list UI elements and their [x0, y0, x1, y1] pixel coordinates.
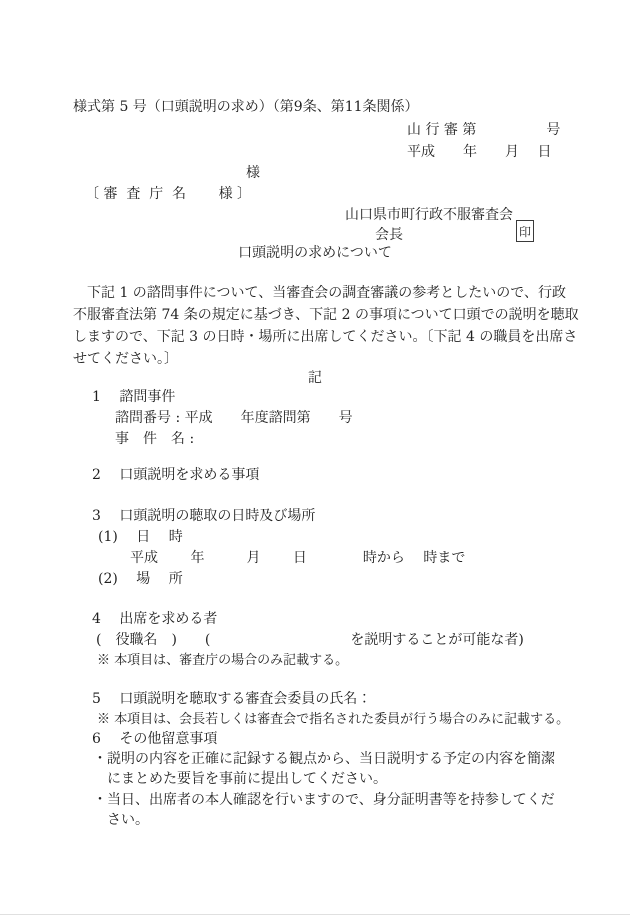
- role-name-line: ( 役職名 ) ( を説明することが可能な者): [96, 631, 524, 649]
- case-name-line: 事 件 名 :: [115, 430, 194, 448]
- council-name: 山口県市町行政不服審査会: [345, 206, 513, 224]
- seal-stamp: 印: [519, 223, 531, 240]
- datetime-blank-line: 平成 年 月 日 時から 時まで: [130, 549, 465, 567]
- body-paragraph-line-1: 下記 1 の諮問事件について、当審査会の調査審議の参考としたいので、行政: [73, 284, 566, 302]
- note-bullet-2-line-2: さい。: [107, 811, 149, 829]
- addressee-suffix: 様: [246, 164, 260, 182]
- body-paragraph-line-4: せてください。〕: [73, 350, 178, 368]
- date-line: 平成 年 月 日: [407, 143, 551, 161]
- section-4-heading: 4 出席を求める者: [92, 610, 217, 628]
- chairman-label: 会長: [375, 226, 403, 244]
- ki-separator: 記: [0, 369, 630, 387]
- section-6-heading: 6 その他留意事項: [92, 730, 217, 748]
- agency-name-placeholder: 〔 審 査 庁 名 様 〕: [85, 185, 251, 203]
- document-title: 口頭説明の求めについて: [0, 244, 630, 262]
- item-3-2-place: (2) 場 所: [98, 570, 183, 588]
- section-4-note: ※ 本項目は、審査庁の場合のみ記載する。: [97, 652, 348, 670]
- section-5-heading: 5 口頭説明を聴取する審査会委員の氏名：: [92, 690, 371, 708]
- inquiry-number-line: 諮問番号 : 平成 年度諮問第 号: [115, 409, 353, 427]
- section-2-heading: 2 口頭説明を求める事項: [92, 466, 259, 484]
- note-bullet-1-line-1: ・説明の内容を正確に記録する観点から、当日説明する予定の内容を簡潔: [93, 750, 555, 768]
- body-paragraph-line-2: 不服審査法第 74 条の規定に基づき、下記 2 の事項について口頭での説明を聴取: [73, 306, 579, 324]
- body-paragraph-line-3: しますので、下記 3 の日時・場所に出席してください。〔下記 4 の職員を出席さ: [73, 328, 577, 346]
- note-bullet-2-line-1: ・当日、出席者の本人確認を行いますので、身分証明書等を持参してくだ: [93, 791, 555, 809]
- section-1-heading: 1 諮問事件: [92, 388, 175, 406]
- seal-box: 印: [516, 220, 534, 242]
- form-label: 様式第 5 号（口頭説明の求め）（第9条、第11条関係）: [73, 98, 419, 116]
- section-3-heading: 3 口頭説明の聴取の日時及び場所: [92, 507, 315, 525]
- section-5-note: ※ 本項目は、会長若しくは審査会で指名された委員が行う場合のみに記載する。: [97, 711, 569, 729]
- document-page: 様式第 5 号（口頭説明の求め）（第9条、第11条関係） 山 行 審 第 号 平…: [0, 0, 630, 915]
- doc-number-line: 山 行 審 第 号: [407, 121, 560, 139]
- note-bullet-1-line-2: にまとめた要旨を事前に提出してください。: [107, 770, 387, 788]
- item-3-1-datetime: (1) 日 時: [98, 528, 183, 546]
